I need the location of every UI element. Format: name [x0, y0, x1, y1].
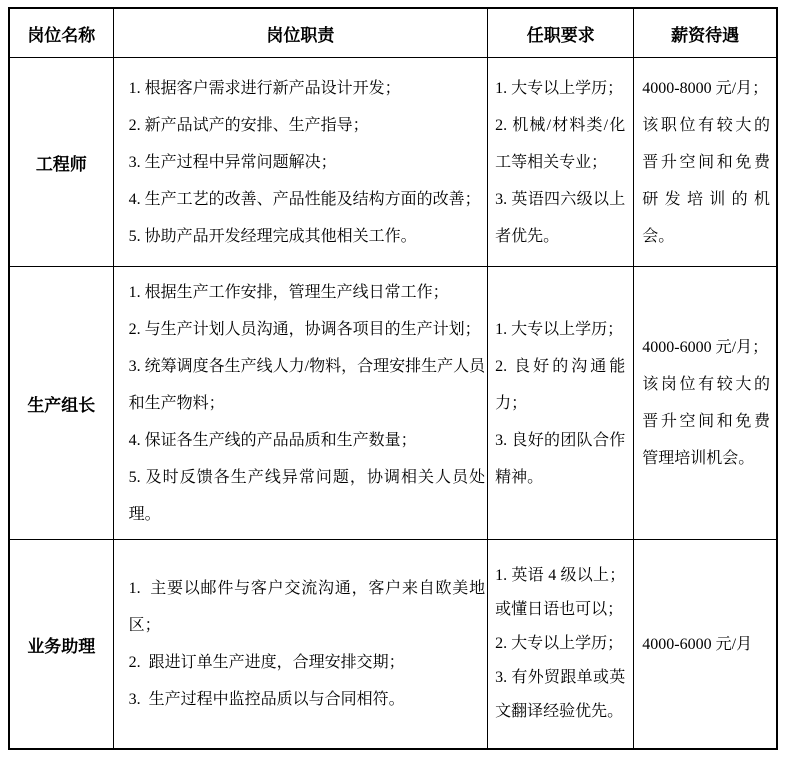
- duty-item: 3. 生产过程中异常问题解决；: [129, 144, 485, 181]
- duty-item: 4. 生产工艺的改善、产品性能及结构方面的改善；: [129, 181, 485, 218]
- job-row-business-assistant: 业务助理 1. 主要以邮件与客户交流沟通，客户来自欧美地区； 2. 跟进订单生产…: [9, 540, 777, 750]
- position-name-cell: 工程师: [9, 58, 113, 267]
- header-cell-duties: 岗位职责: [113, 8, 487, 58]
- requirement-item: 3. 有外贸跟单或英文翻译经验优先。: [495, 661, 625, 729]
- requirements-cell: 1. 大专以上学历； 2. 机械/材料类/化工等相关专业； 3. 英语四六级以上…: [488, 58, 634, 267]
- salary-cell: 4000-6000 元/月； 该岗位有较大的晋升空间和免费管理培训机会。: [634, 267, 777, 540]
- job-row-engineer: 工程师 1. 根据客户需求进行新产品设计开发； 2. 新产品试产的安排、生产指导…: [9, 58, 777, 267]
- header-row: 岗位名称 岗位职责 任职要求 薪资待遇: [9, 8, 777, 58]
- duty-item: 5. 协助产品开发经理完成其他相关工作。: [129, 218, 485, 255]
- duty-item: 3. 生产过程中监控品质以与合同相符。: [129, 681, 485, 718]
- salary-note: 该岗位有较大的晋升空间和免费管理培训机会。: [642, 366, 770, 477]
- duty-item: 2. 与生产计划人员沟通，协调各项目的生产计划；: [129, 311, 485, 348]
- header-cell-salary: 薪资待遇: [634, 8, 777, 58]
- salary-cell: 4000-6000 元/月: [634, 540, 777, 750]
- job-positions-table: 岗位名称 岗位职责 任职要求 薪资待遇 工程师 1. 根据客户需求进行新产品设计…: [8, 7, 778, 750]
- duty-item: 5. 及时反馈各生产线异常问题，协调相关人员处理。: [129, 459, 485, 533]
- duty-item: 3. 统筹调度各生产线人力/物料，合理安排生产人员和生产物料；: [129, 348, 485, 422]
- duties-cell: 1. 主要以邮件与客户交流沟通，客户来自欧美地区； 2. 跟进订单生产进度，合理…: [113, 540, 487, 750]
- header-cell-requirements: 任职要求: [488, 8, 634, 58]
- requirement-item: 2. 大专以上学历；: [495, 627, 625, 661]
- position-name-cell: 业务助理: [9, 540, 113, 750]
- salary-amount: 4000-8000 元/月；: [642, 70, 770, 107]
- requirement-item: 1. 大专以上学历；: [495, 70, 625, 107]
- duties-cell: 1. 根据生产工作安排，管理生产线日常工作； 2. 与生产计划人员沟通，协调各项…: [113, 267, 487, 540]
- duty-item: 2. 新产品试产的安排、生产指导；: [129, 107, 485, 144]
- duty-item: 1. 根据生产工作安排，管理生产线日常工作；: [129, 274, 485, 311]
- requirement-item: 3. 良好的团队合作精神。: [495, 422, 625, 496]
- duty-item: 2. 跟进订单生产进度，合理安排交期；: [129, 644, 485, 681]
- salary-cell: 4000-8000 元/月； 该职位有较大的晋升空间和免费研发培训的机会。: [634, 58, 777, 267]
- requirement-item: 1. 大专以上学历；: [495, 311, 625, 348]
- requirements-cell: 1. 大专以上学历； 2. 良好的沟通能力； 3. 良好的团队合作精神。: [488, 267, 634, 540]
- duty-item: 1. 主要以邮件与客户交流沟通，客户来自欧美地区；: [129, 570, 485, 644]
- salary-amount: 4000-6000 元/月；: [642, 329, 770, 366]
- requirements-cell: 1. 英语 4 级以上；或懂日语也可以； 2. 大专以上学历； 3. 有外贸跟单…: [488, 540, 634, 750]
- salary-amount: 4000-6000 元/月: [642, 626, 770, 663]
- duties-cell: 1. 根据客户需求进行新产品设计开发； 2. 新产品试产的安排、生产指导； 3.…: [113, 58, 487, 267]
- requirement-item: 1. 英语 4 级以上；或懂日语也可以；: [495, 559, 625, 627]
- duty-item: 1. 根据客户需求进行新产品设计开发；: [129, 70, 485, 107]
- requirement-item: 2. 机械/材料类/化工等相关专业；: [495, 107, 625, 181]
- salary-note: 该职位有较大的晋升空间和免费研发培训的机会。: [642, 107, 770, 255]
- requirement-item: 2. 良好的沟通能力；: [495, 348, 625, 422]
- job-row-production-leader: 生产组长 1. 根据生产工作安排，管理生产线日常工作； 2. 与生产计划人员沟通…: [9, 267, 777, 540]
- requirement-item: 3. 英语四六级以上者优先。: [495, 181, 625, 255]
- position-name-cell: 生产组长: [9, 267, 113, 540]
- header-cell-position-name: 岗位名称: [9, 8, 113, 58]
- duty-item: 4. 保证各生产线的产品品质和生产数量；: [129, 422, 485, 459]
